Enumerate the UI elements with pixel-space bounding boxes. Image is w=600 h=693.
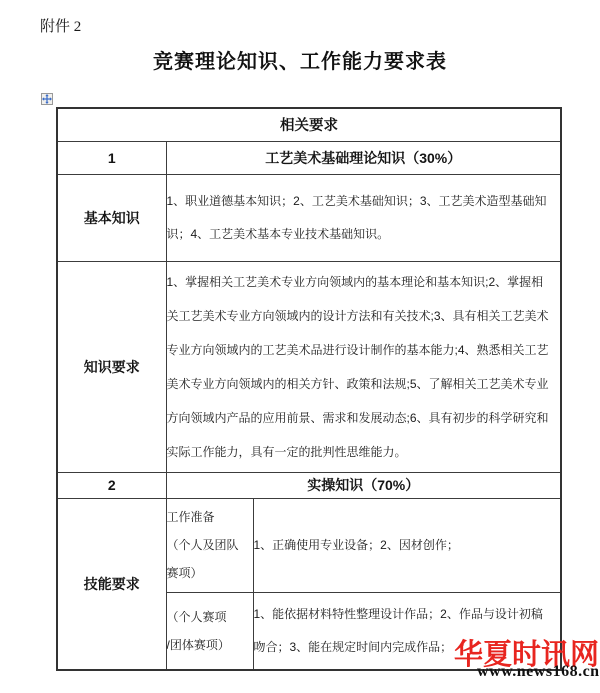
- row1-title-cell: 工艺美术基础理论知识（30%）: [166, 141, 561, 174]
- requirements-table: 相关要求 1 工艺美术基础理论知识（30%） 基本知识 1、职业道德基本知识；2…: [56, 107, 562, 671]
- attachment-label: 附件 2: [40, 15, 81, 36]
- basic-knowledge-text-cell: 1、职业道德基本知识；2、工艺美术基础知识；3、工艺美术造型基础知 识；4、工艺…: [166, 174, 561, 261]
- skill-sub1-text-cell: 1、正确使用专业设备；2、因材创作；: [253, 498, 561, 592]
- page-title: 竞赛理论知识、工作能力要求表: [0, 45, 600, 74]
- watermark-site-url: www.news168.cn: [477, 663, 600, 681]
- move-icon: [42, 94, 52, 104]
- basic-knowledge-label-cell: 基本知识: [57, 174, 166, 261]
- row2-title-cell: 实操知识（70%）: [166, 472, 561, 498]
- row2-number-cell: 2: [57, 472, 166, 498]
- skill-sub1-label-cell: 工作准备 （个人及团队 赛项）: [166, 498, 253, 592]
- skill-sub2-label-cell: （个人赛项 /团体赛项）: [166, 592, 253, 670]
- row1-number-cell: 1: [57, 141, 166, 174]
- knowledge-requirements-label-cell: 知识要求: [57, 261, 166, 472]
- table-move-handle[interactable]: [41, 93, 53, 105]
- skill-requirements-label-cell: 技能要求: [57, 498, 166, 670]
- related-requirements-header: 相关要求: [57, 108, 561, 141]
- knowledge-requirements-text-cell: 1、掌握相关工艺美术专业方向领域内的基本理论和基本知识;2、掌握相 关工艺美术专…: [166, 261, 561, 472]
